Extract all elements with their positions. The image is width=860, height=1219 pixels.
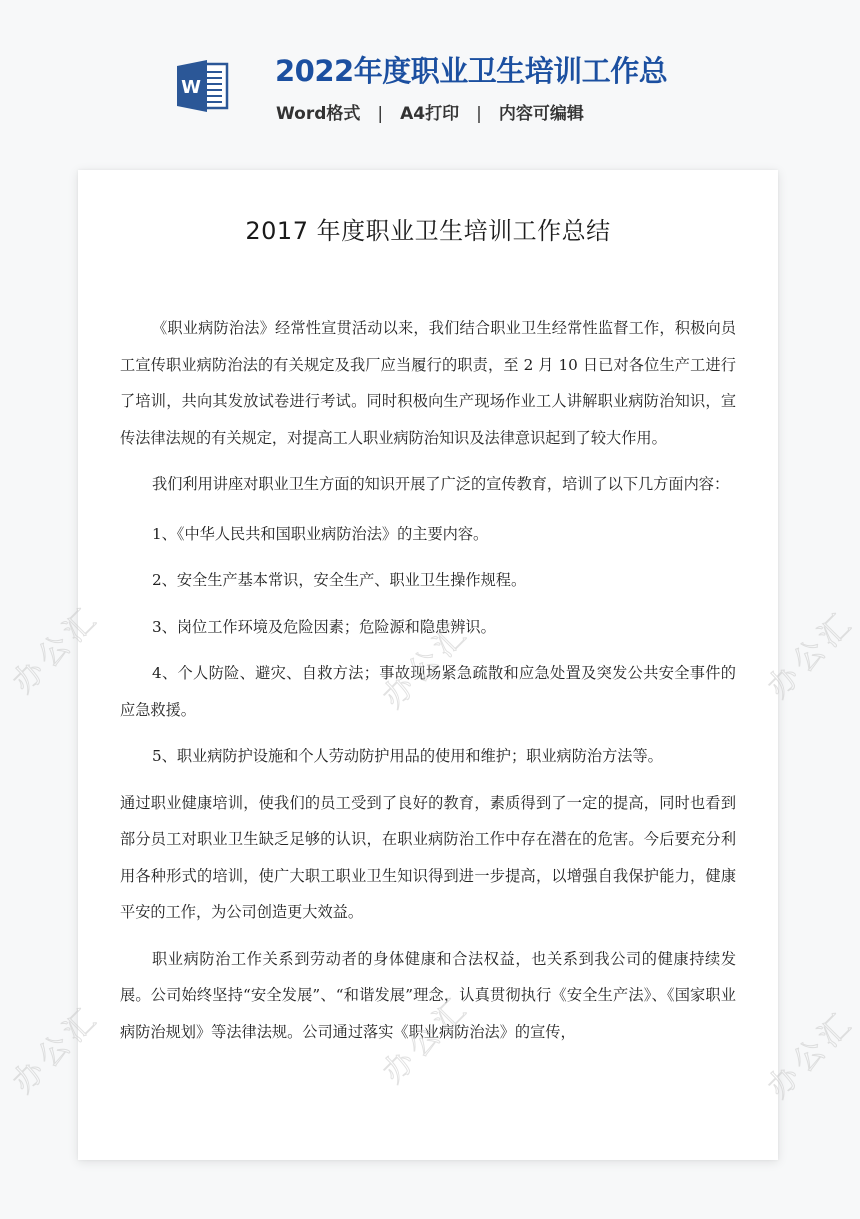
list-item-3: 3、岗位工作环境及危险因素；危险源和隐患辨识。 xyxy=(120,609,736,646)
svg-text:W: W xyxy=(181,77,201,98)
paragraph-commitment: 职业病防治工作关系到劳动者的身体健康和合法权益，也关系到我公司的健康持续发展。公… xyxy=(120,941,736,1051)
feature-word-format: Word格式 xyxy=(276,101,360,127)
paragraph-outcome: 通过职业健康培训，使我们的员工受到了良好的教育，素质得到了一定的提高，同时也看到… xyxy=(120,785,736,931)
banner-title: 2022年度职业卫生培训工作总 xyxy=(275,52,667,90)
document-page: 2017 年度职业卫生培训工作总结 《职业病防治法》经常性宣贯活动以来，我们结合… xyxy=(78,170,778,1160)
word-doc-icon: W xyxy=(175,58,231,114)
feature-a4-print: A4打印 xyxy=(400,101,459,127)
header-banner: W 2022年度职业卫生培训工作总 Word格式 | A4打印 | 内容可编辑 xyxy=(0,0,860,150)
feature-list: Word格式 | A4打印 | 内容可编辑 xyxy=(276,101,584,127)
paragraph-intro: 《职业病防治法》经常性宣贯活动以来，我们结合职业卫生经常性监督工作，积极向员工宣… xyxy=(120,310,736,456)
separator: | xyxy=(476,101,482,127)
separator: | xyxy=(377,101,383,127)
list-item-4: 4、个人防险、避灾、自救方法；事故现场紧急疏散和应急处置及突发公共安全事件的应急… xyxy=(120,655,736,728)
list-item-2: 2、安全生产基本常识，安全生产、职业卫生操作规程。 xyxy=(120,562,736,599)
document-title: 2017 年度职业卫生培训工作总结 xyxy=(78,214,778,248)
paragraph-training-scope: 我们利用讲座对职业卫生方面的知识开展了广泛的宣传教育，培训了以下几方面内容： xyxy=(120,466,736,503)
feature-editable: 内容可编辑 xyxy=(499,101,584,127)
document-body: 《职业病防治法》经常性宣贯活动以来，我们结合职业卫生经常性监督工作，积极向员工宣… xyxy=(120,310,736,1050)
list-item-5: 5、职业病防护设施和个人劳动防护用品的使用和维护；职业病防治方法等。 xyxy=(120,738,736,775)
list-item-1: 1、《中华人民共和国职业病防治法》的主要内容。 xyxy=(120,516,736,553)
